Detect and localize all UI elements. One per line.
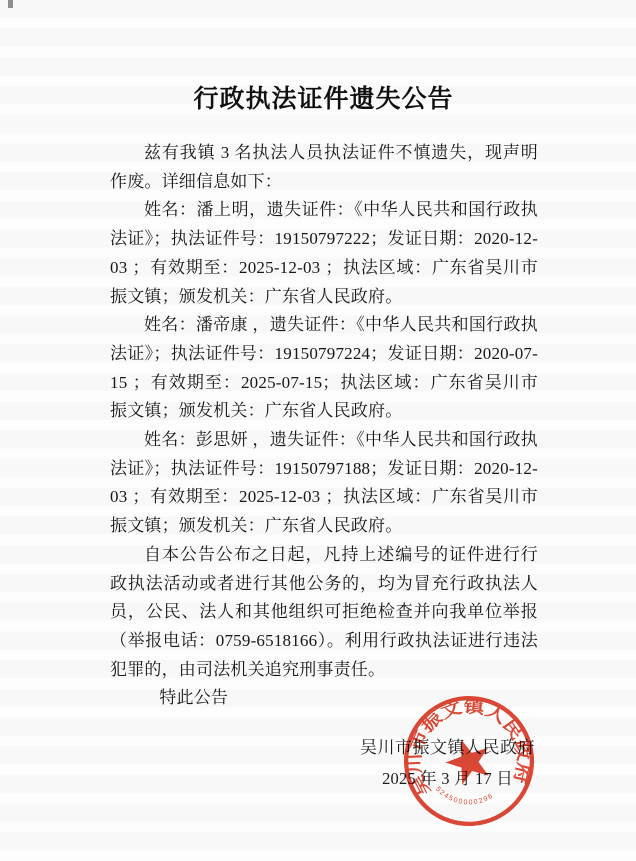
signature-date: 2025 年 3 月 17 日 [360, 764, 535, 795]
intro-paragraph: 兹有我镇 3 名执法人员执法证件不慎遗失，现声明作废。详细信息如下： [110, 139, 538, 196]
person-paragraph-3: 姓名：彭思妍 ，遗失证件：《中华人民共和国行政执法证》；执法证件号：191507… [110, 426, 538, 541]
person-paragraph-2: 姓名：潘帝康 ，遗失证件：《中华人民共和国行政执法证》；执法证件号：191507… [110, 311, 538, 426]
sign-off-line: 特此公告 [110, 684, 538, 713]
signature-issuer: 吴川市振文镇人民政府 [360, 733, 535, 764]
closing-paragraph: 自本公告公布之日起，凡持上述编号的证件进行行政执法活动或者进行其他公务的，均为冒… [110, 541, 538, 685]
document-body: 兹有我镇 3 名执法人员执法证件不慎遗失，现声明作废。详细信息如下： 姓名：潘上… [110, 139, 538, 713]
person-paragraph-1: 姓名：潘上明，遗失证件：《中华人民共和国行政执法证》；执法证件号：1915079… [110, 196, 538, 311]
announcement-document: 行政执法证件遗失公告 兹有我镇 3 名执法人员执法证件不慎遗失，现声明作废。详细… [0, 0, 636, 861]
signature-block: 吴川市振文镇人民政府 2025 年 3 月 17 日 [360, 733, 535, 795]
page-title: 行政执法证件遗失公告 [110, 79, 537, 115]
scan-corner-speck [8, 0, 13, 8]
